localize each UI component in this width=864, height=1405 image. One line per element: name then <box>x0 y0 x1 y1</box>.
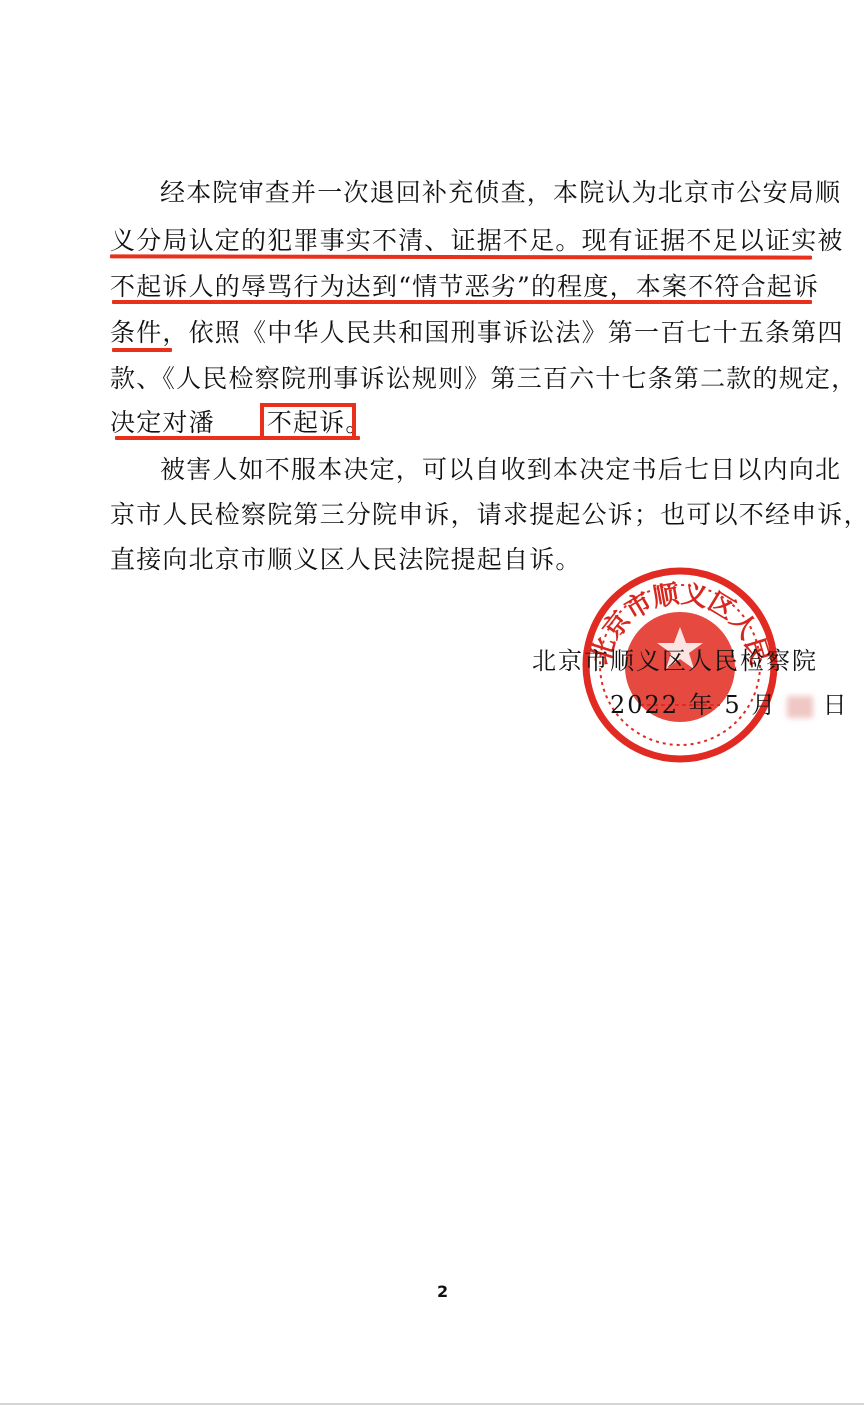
date-year-unit: 年 <box>689 691 715 719</box>
red-underline-4 <box>115 436 360 440</box>
red-box-top <box>262 403 354 407</box>
red-box-left <box>260 403 264 438</box>
paragraph2-line3: 直接向北京市顺义区人民法院提起自诉。 <box>110 545 582 575</box>
signature-date: 2022 年 5 月 日 <box>610 690 849 720</box>
paragraph1-line2: 义分局认定的犯罪事实不清、证据不足。现有证据不足以证实被 <box>110 226 844 256</box>
signature-organization: 北京市顺义区人民检察院 <box>532 646 818 676</box>
page-number: 2 <box>437 1282 448 1301</box>
red-underline-3 <box>112 348 172 352</box>
red-box-right <box>352 403 356 438</box>
date-month: 5 <box>724 691 741 719</box>
paragraph1-line3: 不起诉人的辱骂行为达到“情节恶劣”的程度，本案不符合起诉 <box>110 272 819 302</box>
date-year: 2022 <box>610 691 679 719</box>
red-underline-2 <box>112 300 812 304</box>
red-underline-1 <box>110 254 812 259</box>
date-day-redacted <box>787 696 813 718</box>
paragraph1-line4: 条件，依照《中华人民共和国刑事诉讼法》第一百七十五条第四 <box>110 318 844 348</box>
paragraph1-line6: 决定对潘不起诉。 <box>110 408 372 438</box>
paragraph2-line2: 京市人民检察院第三分院申诉，请求提起公诉；也可以不经申诉， <box>110 500 864 530</box>
paragraph2-line1: 被害人如不服本决定，可以自收到本决定书后七日以内向北 <box>160 455 841 485</box>
decision-prefix: 决定对潘 <box>110 408 215 437</box>
paragraph1-line1: 经本院审查并一次退回补充侦查，本院认为北京市公安局顺 <box>160 178 841 208</box>
date-day-unit: 日 <box>823 691 849 719</box>
paragraph1-line5: 款、《人民检察院刑事诉讼规则》第三百六十七条第二款的规定， <box>110 364 857 394</box>
document-page: 经本院审查并一次退回补充侦查，本院认为北京市公安局顺 义分局认定的犯罪事实不清、… <box>0 0 864 1395</box>
date-month-unit: 月 <box>751 691 777 719</box>
